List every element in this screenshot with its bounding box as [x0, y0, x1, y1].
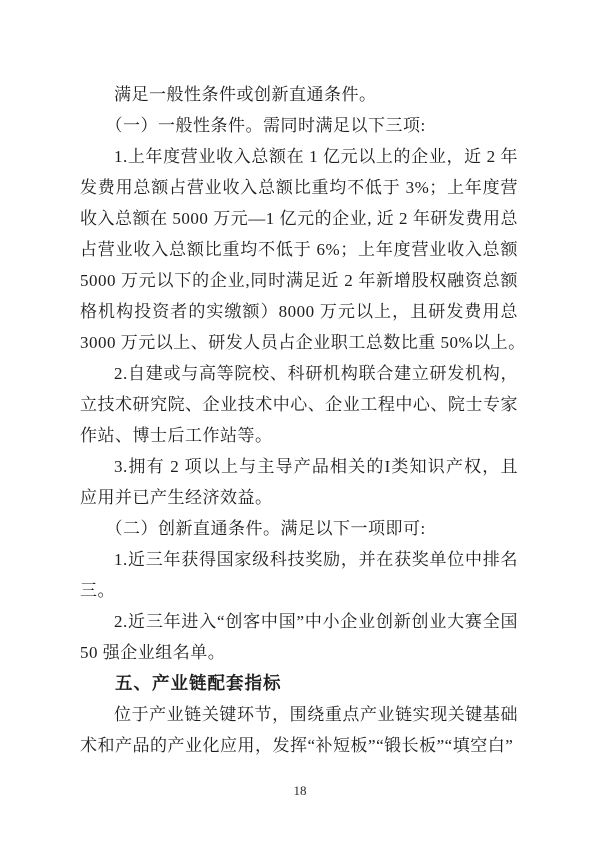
doc-line-award-start: 1.近三年获得国家级科技奖励，并在获奖单位中排名前 [80, 544, 518, 575]
doc-line-chain-end: 术和产品的产业化应用，发挥“补短板”“锻长板”“填空白” [80, 730, 518, 761]
doc-line-item2-end: 作站、博士后工作站等。 [80, 420, 518, 451]
document-body: 满足一般性条件或创新直通条件。 （一）一般性条件。需同时满足以下三项: 1.上年… [80, 79, 518, 761]
doc-line-item2-start: 2.自建或与高等院校、科研机构联合建立研发机构，设 [80, 358, 518, 389]
doc-line-subheading-general: （一）一般性条件。需同时满足以下三项: [80, 110, 518, 141]
page-number: 18 [0, 783, 600, 798]
doc-line: 立技术研究院、企业技术中心、企业工程中心、院士专家工 [80, 389, 518, 420]
doc-line-contest-start: 2.近三年进入“创客中国”中小企业创新创业大赛全国 [80, 606, 518, 637]
doc-line-chain-start: 位于产业链关键环节，围绕重点产业链实现关键基础技 [80, 699, 518, 730]
section-5-heading: 五、产业链配套指标 [80, 668, 518, 699]
doc-line: 5000 万元以下的企业,同时满足近 2 年新增股权融资总额(合 [80, 265, 518, 296]
document-page: 满足一般性条件或创新直通条件。 （一）一般性条件。需同时满足以下三项: 1.上年… [0, 0, 600, 848]
doc-line-item1-end: 3000 万元以上、研发人员占企业职工总数比重 50%以上。 [80, 327, 518, 358]
doc-line: 发费用总额占营业收入总额比重均不低于 3%；上年度营业 [80, 172, 518, 203]
doc-line-subheading-innovation: （二）创新直通条件。满足以下一项即可: [80, 513, 518, 544]
doc-line: 收入总额在 5000 万元—1 亿元的企业, 近 2 年研发费用总额 [80, 203, 518, 234]
doc-line-item3-start: 3.拥有 2 项以上与主导产品相关的I类知识产权，且实际 [80, 451, 518, 482]
doc-line-intro: 满足一般性条件或创新直通条件。 [80, 79, 518, 110]
doc-line-item3-end: 应用并已产生经济效益。 [80, 482, 518, 513]
doc-line-item1-start: 1.上年度营业收入总额在 1 亿元以上的企业，近 2 年研 [80, 141, 518, 172]
doc-line-contest-end: 50 强企业组名单。 [80, 637, 518, 668]
doc-line: 格机构投资者的实缴额）8000 万元以上，且研发费用总额 [80, 296, 518, 327]
doc-line: 占营业收入总额比重均不低于 6%；上年度营业收入总额在 [80, 234, 518, 265]
doc-line-award-end: 三。 [80, 575, 518, 606]
